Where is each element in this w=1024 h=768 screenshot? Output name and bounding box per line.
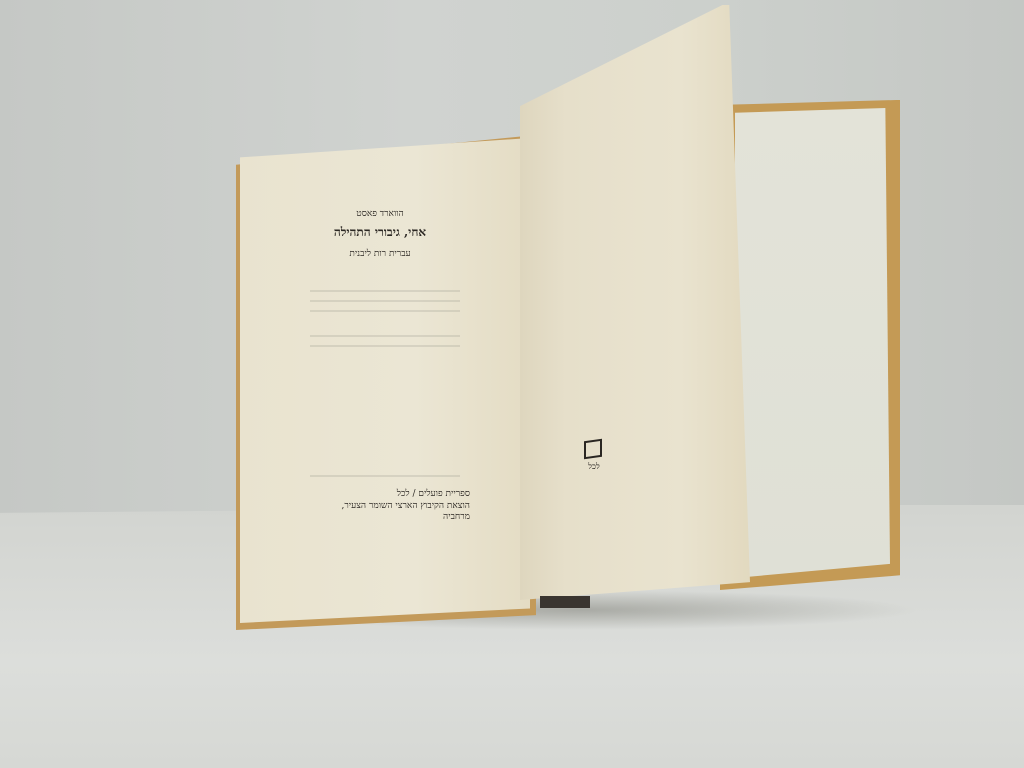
- show-through-text: [310, 475, 460, 477]
- show-through-text: [310, 335, 460, 337]
- show-through-text: [310, 290, 460, 292]
- publisher-name: הוצאת הקיבוץ הארצי השומר הצעיר, מרחביה: [320, 500, 470, 522]
- publisher-logo-icon: [584, 439, 602, 460]
- show-through-text: [310, 300, 460, 302]
- publisher-series: ספריית פועלים / לכל: [330, 488, 470, 499]
- publisher-logo-label: לכל: [584, 462, 604, 471]
- translator-credit: עברית רות ליבנית: [290, 248, 470, 259]
- book-spine: [540, 596, 590, 608]
- author-name: הווארד פאסט: [290, 208, 470, 219]
- back-cover-endpaper: [735, 108, 890, 578]
- turned-page[interactable]: [520, 5, 750, 600]
- show-through-text: [310, 345, 460, 347]
- book-title: אחי, גיבורי התהילה: [290, 225, 470, 240]
- show-through-text: [310, 310, 460, 312]
